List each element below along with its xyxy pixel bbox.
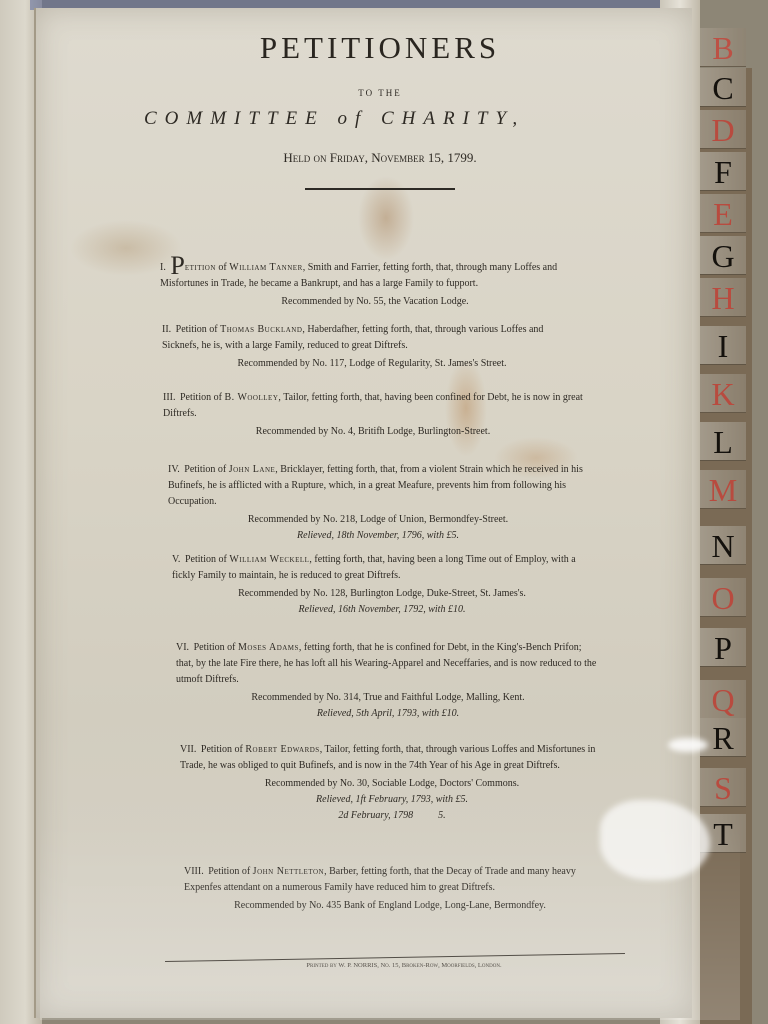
petition-text: I. Petition of William Tanner, Smith and… xyxy=(160,258,590,292)
petition-text: II. Petition of Thomas Buckland, Haberda… xyxy=(162,322,582,354)
petition-item: VI. Petition of Moses Adams, fetting for… xyxy=(176,640,600,722)
relief-record: Relieved, 1ft February, 1793, with £5. xyxy=(180,792,604,808)
recommendation: Recommended by No. 30, Sociable Lodge, D… xyxy=(180,776,604,792)
petition-item: I. Petition of William Tanner, Smith and… xyxy=(160,258,590,310)
petition-text: V. Petition of William Weckell, fetting … xyxy=(172,552,592,584)
petition-list: I. Petition of William Tanner, Smith and… xyxy=(0,0,768,1024)
petition-item: V. Petition of William Weckell, fetting … xyxy=(172,552,592,618)
petition-text: VII. Petition of Robert Edwards, Tailor,… xyxy=(180,742,604,774)
petition-item: III. Petition of B. Woolley, Tailor, fet… xyxy=(163,390,583,440)
relief-record: Relieved, 18th November, 1796, with £5. xyxy=(168,528,588,544)
petition-item: VII. Petition of Robert Edwards, Tailor,… xyxy=(180,742,604,824)
drop-cap: P xyxy=(170,251,184,280)
relief-record: Relieved, 16th November, 1792, with £10. xyxy=(172,602,592,618)
recommendation: Recommended by No. 4, Britifh Lodge, Bur… xyxy=(163,424,583,440)
recommendation: Recommended by No. 435 Bank of England L… xyxy=(184,898,596,914)
recommendation: Recommended by No. 314, True and Faithfu… xyxy=(176,690,600,706)
relief-record: Relieved, 5th April, 1793, with £10. xyxy=(176,706,600,722)
printer-imprint: Printed by W. P. NORRIS, No. 15, Broken-… xyxy=(274,962,534,969)
petition-text: VI. Petition of Moses Adams, fetting for… xyxy=(176,640,600,688)
recommendation: Recommended by No. 128, Burlington Lodge… xyxy=(172,586,592,602)
relief-record: 2d February, 1798 5. xyxy=(180,808,604,824)
petition-item: IV. Petition of John Lane, Bricklayer, f… xyxy=(168,462,588,544)
petition-item: II. Petition of Thomas Buckland, Haberda… xyxy=(162,322,582,372)
recommendation: Recommended by No. 55, the Vacation Lodg… xyxy=(160,294,590,310)
petition-text: IV. Petition of John Lane, Bricklayer, f… xyxy=(168,462,588,510)
recommendation: Recommended by No. 218, Lodge of Union, … xyxy=(168,512,588,528)
petition-item: VIII. Petition of John Nettleton, Barber… xyxy=(184,864,596,914)
petition-text: III. Petition of B. Woolley, Tailor, fet… xyxy=(163,390,583,422)
recommendation: Recommended by No. 117, Lodge of Regular… xyxy=(162,356,582,372)
petition-text: VIII. Petition of John Nettleton, Barber… xyxy=(184,864,596,896)
